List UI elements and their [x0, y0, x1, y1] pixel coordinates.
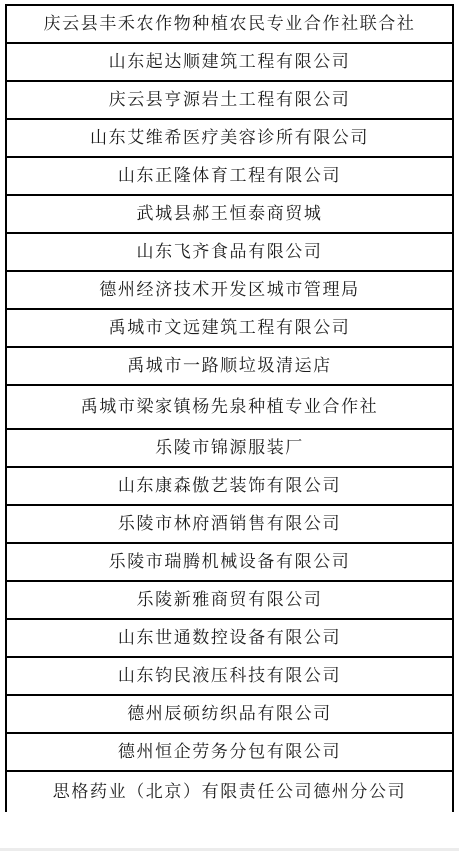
table-row: 山东正隆体育工程有限公司 — [6, 157, 453, 195]
company-name-cell: 德州辰硕纺织品有限公司 — [6, 695, 453, 733]
table-row: 山东飞齐食品有限公司 — [6, 233, 453, 271]
table-row: 禹城市梁家镇杨先泉种植专业合作社 — [6, 385, 453, 429]
table-row: 庆云县丰禾农作物种植农民专业合作社联合社 — [6, 5, 453, 43]
table-row: 禹城市文远建筑工程有限公司 — [6, 309, 453, 347]
company-name-cell: 庆云县丰禾农作物种植农民专业合作社联合社 — [6, 5, 453, 43]
company-name-cell: 德州经济技术开发区城市管理局 — [6, 271, 453, 309]
table-row: 思格药业（北京）有限责任公司德州分公司 — [6, 771, 453, 812]
company-name-cell: 山东世通数控设备有限公司 — [6, 619, 453, 657]
company-name-cell: 禹城市文远建筑工程有限公司 — [6, 309, 453, 347]
table-row: 德州恒企劳务分包有限公司 — [6, 733, 453, 771]
table-row: 山东康森傲艺装饰有限公司 — [6, 467, 453, 505]
company-name-cell: 德州恒企劳务分包有限公司 — [6, 733, 453, 771]
table-row: 德州辰硕纺织品有限公司 — [6, 695, 453, 733]
company-name-cell: 禹城市一路顺垃圾清运店 — [6, 347, 453, 385]
company-name-cell: 山东飞齐食品有限公司 — [6, 233, 453, 271]
table-row: 乐陵市瑞腾机械设备有限公司 — [6, 543, 453, 581]
company-name-cell: 乐陵市锦源服装厂 — [6, 429, 453, 467]
table-row: 山东起达顺建筑工程有限公司 — [6, 43, 453, 81]
company-name-cell: 乐陵市林府酒销售有限公司 — [6, 505, 453, 543]
table-row: 禹城市一路顺垃圾清运店 — [6, 347, 453, 385]
company-list-table: 庆云县丰禾农作物种植农民专业合作社联合社 山东起达顺建筑工程有限公司 庆云县亨源… — [5, 4, 454, 812]
table-row: 乐陵市锦源服装厂 — [6, 429, 453, 467]
company-name-cell: 山东钧民液压科技有限公司 — [6, 657, 453, 695]
table-row: 山东钧民液压科技有限公司 — [6, 657, 453, 695]
company-name-cell: 思格药业（北京）有限责任公司德州分公司 — [6, 771, 453, 812]
company-name-cell: 山东正隆体育工程有限公司 — [6, 157, 453, 195]
table-row: 山东艾维希医疗美容诊所有限公司 — [6, 119, 453, 157]
company-table: 庆云县丰禾农作物种植农民专业合作社联合社 山东起达顺建筑工程有限公司 庆云县亨源… — [5, 4, 454, 812]
company-name-cell: 禹城市梁家镇杨先泉种植专业合作社 — [6, 385, 453, 429]
company-name-cell: 庆云县亨源岩土工程有限公司 — [6, 81, 453, 119]
company-name-cell: 乐陵市瑞腾机械设备有限公司 — [6, 543, 453, 581]
company-name-cell: 山东艾维希医疗美容诊所有限公司 — [6, 119, 453, 157]
table-row: 德州经济技术开发区城市管理局 — [6, 271, 453, 309]
company-name-cell: 乐陵新雅商贸有限公司 — [6, 581, 453, 619]
table-row: 山东世通数控设备有限公司 — [6, 619, 453, 657]
table-row: 乐陵市林府酒销售有限公司 — [6, 505, 453, 543]
company-name-cell: 山东起达顺建筑工程有限公司 — [6, 43, 453, 81]
table-row: 庆云县亨源岩土工程有限公司 — [6, 81, 453, 119]
company-name-cell: 山东康森傲艺装饰有限公司 — [6, 467, 453, 505]
company-name-cell: 武城县郝王恒泰商贸城 — [6, 195, 453, 233]
table-row: 乐陵新雅商贸有限公司 — [6, 581, 453, 619]
table-row: 武城县郝王恒泰商贸城 — [6, 195, 453, 233]
